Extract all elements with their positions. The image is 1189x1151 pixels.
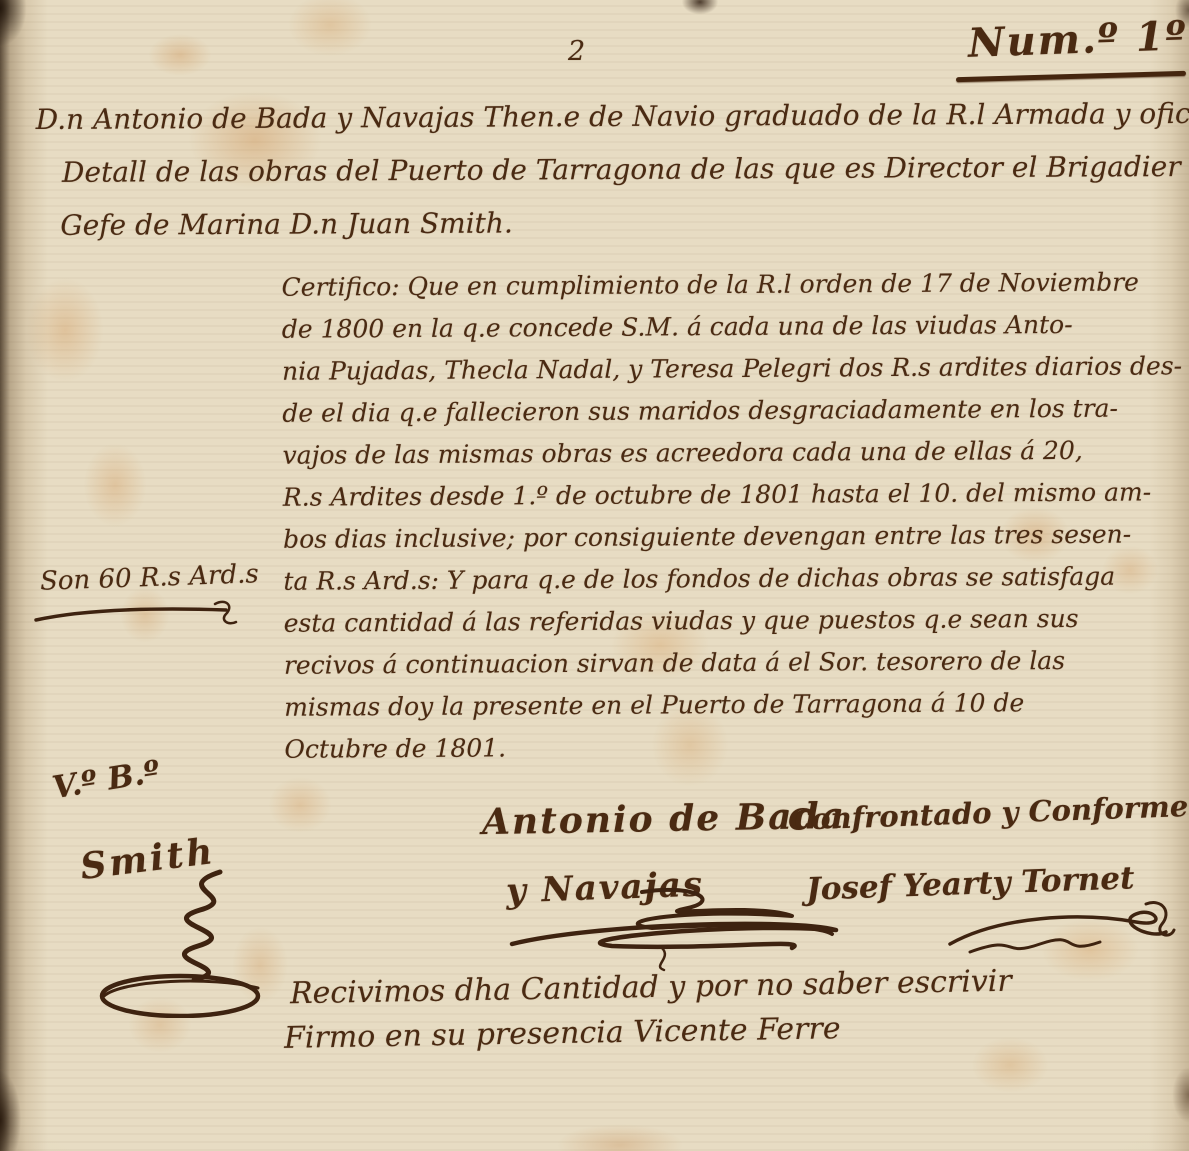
manuscript-page: 2 Num.º 1º D.n Antonio de Bada y Navajas… <box>0 0 1189 1151</box>
body-line: Certifico: Que en cumplimiento de la R.l… <box>281 261 1186 309</box>
document-number-underline <box>956 71 1186 82</box>
body-line: R.s Ardites desde 1.º de octubre de 1801… <box>283 471 1188 519</box>
body-line: vajos de las mismas obras es acreedora c… <box>282 429 1187 477</box>
certification-body: Certifico: Que en cumplimiento de la R.l… <box>281 261 1189 771</box>
confrontado-note: Confrontado y Conforme <box>788 789 1189 837</box>
document-number: Num.º 1º <box>967 12 1188 67</box>
header-line: Detall de las obras del Puerto de Tarrag… <box>36 140 1181 199</box>
body-line: recivos á continuacion sirvan de data á … <box>284 639 1189 687</box>
margin-note-underline-icon <box>30 596 240 630</box>
body-line: de 1800 en la q.e concede S.M. á cada un… <box>282 303 1187 351</box>
header-line: Gefe de Marina D.n Juan Smith. <box>36 193 1181 252</box>
body-line: nia Pujadas, Thecla Nadal, y Teresa Pele… <box>282 345 1187 393</box>
body-line: esta cantidad á las referidas viudas y q… <box>284 597 1189 645</box>
header-line: D.n Antonio de Bada y Navajas Then.e de … <box>36 87 1181 146</box>
receipt-note-line2: Firmo en su presencia Vicente Ferre <box>284 1011 841 1056</box>
body-line: bos dias inclusive; por consiguiente dev… <box>283 513 1188 561</box>
yearty-rubric-flourish-icon <box>940 896 1180 966</box>
receipt-note-line1: Recivimos dha Cantidad y por no saber es… <box>290 964 1012 1012</box>
navajas-rubric-flourish-icon <box>492 882 852 972</box>
smith-rubric-flourish-icon <box>92 868 292 1018</box>
body-line: de el dia q.e fallecieron sus maridos de… <box>282 387 1187 435</box>
header-paragraph: D.n Antonio de Bada y Navajas Then.e de … <box>36 87 1182 252</box>
page-number: 2 <box>568 36 585 67</box>
body-line: ta R.s Ard.s: Y para q.e de los fondos d… <box>283 555 1188 603</box>
margin-amount-note: Son 60 R.s Ard.s <box>40 559 260 597</box>
body-line: mismas doy la presente en el Puerto de T… <box>284 681 1189 729</box>
approval-visto-bueno: V.º B.º <box>50 754 163 806</box>
body-line: Octubre de 1801. <box>284 723 1189 771</box>
